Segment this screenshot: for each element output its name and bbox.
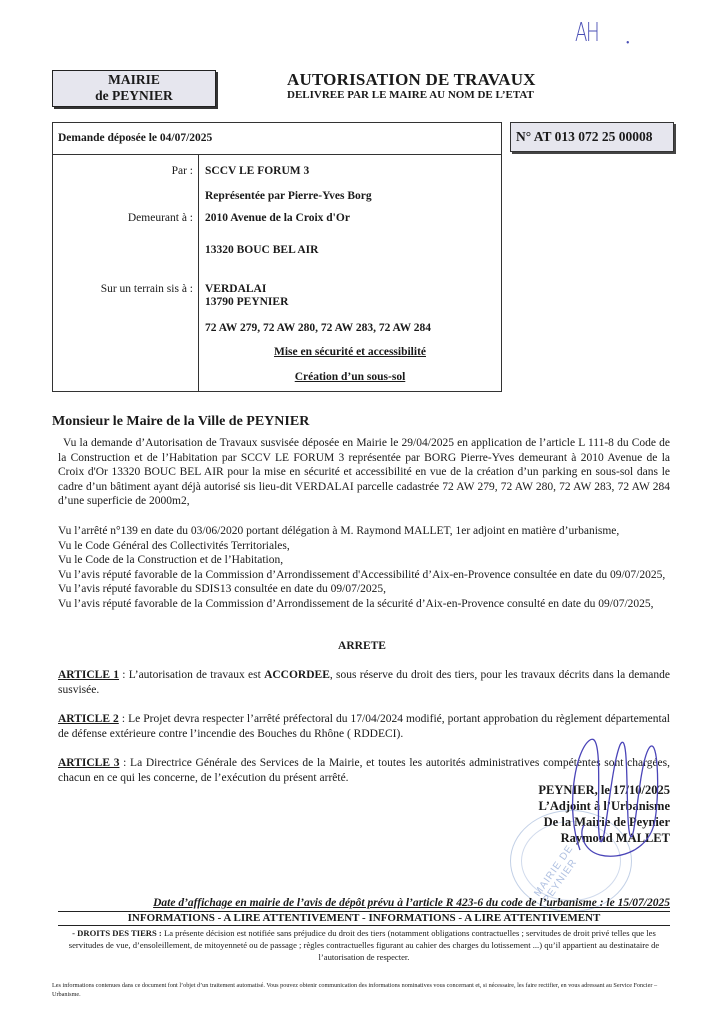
mairie-line-2: de PEYNIER [53,88,215,104]
article-1: ARTICLE 1 : L’autorisation de travaux es… [58,668,670,697]
vu-item: Vu l’arrêté n°139 en date du 03/06/2020 … [58,524,670,539]
vu-item: Vu l’avis réputé favorable de la Commiss… [58,597,670,612]
demandeur-name: SCCV LE FORUM 3 [205,165,309,177]
handwritten-signature-icon [560,730,670,870]
vu-item: Vu l’avis réputé favorable du SDIS13 con… [58,582,670,597]
numero-autorisation-box: N° AT 013 072 25 00008 [510,122,674,152]
droits-des-tiers: - DROITS DES TIERS : La présente décisio… [58,927,670,963]
vu-item: Vu l’avis réputé favorable de la Commiss… [58,568,670,583]
mairie-header-box: MAIRIE de PEYNIER [52,70,216,107]
terrain-label: Sur un terrain sis à : [101,283,193,295]
document-title: AUTORISATION DE TRAVAUX [287,70,536,90]
demande-header: Demande déposée le 04/07/2025 [53,123,501,155]
vu-list: Vu l’arrêté n°139 en date du 03/06/2020 … [58,524,670,611]
article-text: : L’autorisation de travaux est [119,669,264,681]
par-label: Par : [172,165,193,177]
article-decision: ACCORDEE [264,669,330,681]
droits-label: - DROITS DES TIERS : [72,928,162,938]
terrain-ligne-2: 13790 PEYNIER [205,296,288,308]
article-label: ARTICLE 3 [58,757,119,769]
nature-travaux-1: Mise en sécurité et accessibilité [199,346,501,358]
adresse-ligne-1: 2010 Avenue de la Croix d'Or [205,212,350,224]
handwritten-dot: • [626,38,630,49]
demande-box: Demande déposée le 04/07/2025 Par : SCCV… [52,122,502,392]
mayor-title: Monsieur le Maire de la Ville de PEYNIER [52,414,309,430]
mairie-line-1: MAIRIE [53,72,215,88]
document-subtitle: DELIVREE PAR LE MAIRE AU NOM DE L’ETAT [287,89,534,101]
numero-autorisation: N° AT 013 072 25 00008 [516,129,653,145]
vu-demande-paragraph: Vu la demande d’Autorisation de Travaux … [58,436,670,509]
nature-travaux-2: Création d’un sous-sol [199,371,501,383]
article-label: ARTICLE 1 [58,669,119,681]
adresse-ligne-2: 13320 BOUC BEL AIR [205,244,318,256]
cnil-notice: Les informations contenues dans ce docum… [52,982,672,999]
handwritten-annotation: AH [575,18,598,48]
representant: Représentée par Pierre-Yves Borg [205,190,372,202]
demande-date: Demande déposée le 04/07/2025 [58,132,212,144]
info-banner: INFORMATIONS - A LIRE ATTENTIVEMENT - IN… [58,912,670,924]
demeurant-label: Demeurant à : [128,212,193,224]
vu-item: Vu le Code Général des Collectivités Ter… [58,539,670,554]
arrete-title: ARRETE [0,640,724,652]
vu-item: Vu le Code de la Construction et de l’Ha… [58,553,670,568]
divider [58,925,670,926]
article-label: ARTICLE 2 [58,713,119,725]
vu-demande-text: Vu la demande d’Autorisation de Travaux … [58,436,670,509]
terrain-ligne-1: VERDALAI [205,283,266,295]
parcelles: 72 AW 279, 72 AW 280, 72 AW 283, 72 AW 2… [205,322,431,334]
date-affichage: Date d’affichage en mairie de l’avis de … [58,897,670,909]
